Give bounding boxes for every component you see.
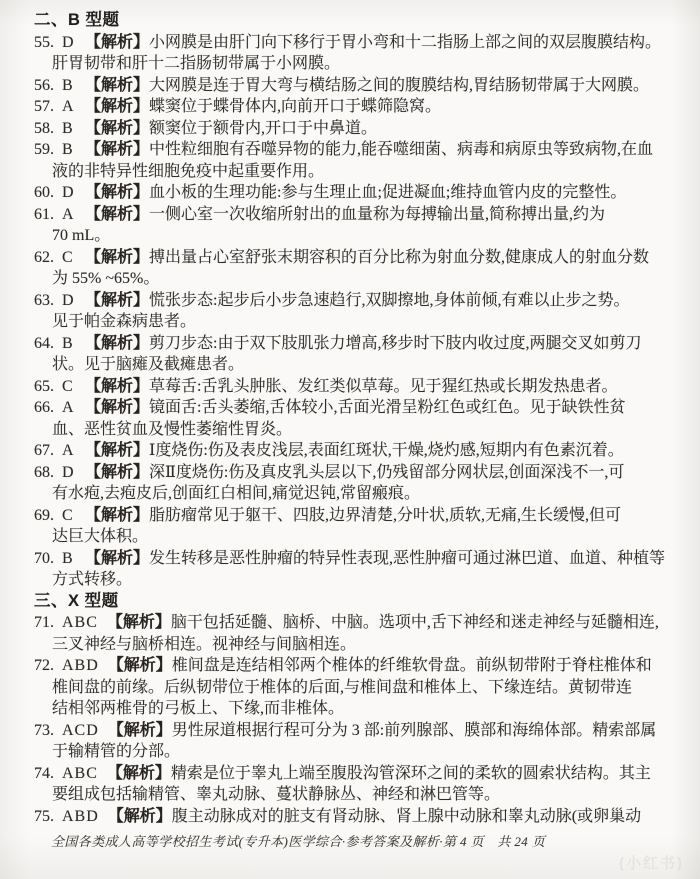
answer-letter: A <box>62 96 76 118</box>
analysis-text: 草莓舌:舌乳头肿胀、发红类似草莓。见于猩红热或长期发热患者。 <box>149 378 617 395</box>
item-first-line: 63.D【解析】慌张步态:起步后小步急速趋行,双脚擦地,身体前倾,有难以止步之势… <box>34 290 668 312</box>
analysis-label: 【解析】 <box>108 808 172 825</box>
question-number: 64. <box>34 333 62 355</box>
item-first-line: 61.A【解析】一侧心室一次收缩所射出的血量称为每搏输出量,简称搏出量,约为 <box>34 204 668 226</box>
analysis-label: 【解析】 <box>85 141 149 158</box>
analysis-text: 慌张步态:起步后小步急速趋行,双脚擦地,身体前倾,有难以止步之势。 <box>149 292 629 309</box>
item-first-line: 59.B【解析】中性粒细胞有吞噬异物的能力,能吞噬细菌、病毒和病原虫等致病物,在… <box>34 139 668 161</box>
answer-item: 56.B【解析】大网膜是连于胃大弯与横结肠之间的腹膜结构,胃结肠韧带属于大网膜。 <box>34 75 668 97</box>
item-continuation-line: 结相邻两椎骨的弓板上、下缘,而非椎体。 <box>34 698 668 720</box>
analysis-text: 血小板的生理功能:参与生理止血;促进凝血;维持血管内皮的完整性。 <box>149 184 626 201</box>
analysis-label: 【解析】 <box>85 335 149 352</box>
answer-item: 61.A【解析】一侧心室一次收缩所射出的血量称为每搏输出量,简称搏出量,约为70… <box>34 204 668 247</box>
section-b-heading: 二、B 型题 <box>34 10 668 32</box>
answer-letter: B <box>62 118 76 140</box>
answer-letter: C <box>62 247 76 269</box>
analysis-text: 额窦位于额骨内,开口于中鼻道。 <box>149 120 377 137</box>
scanned-answer-key-page: 二、B 型题 55.D【解析】小网膜是由肝门向下移行于胃小弯和十二指肠上部之间的… <box>0 0 700 879</box>
answer-letter: A <box>62 204 76 226</box>
analysis-label: 【解析】 <box>85 442 149 459</box>
analysis-label: 【解析】 <box>85 292 149 309</box>
item-first-line: 65.C【解析】草莓舌:舌乳头肿胀、发红类似草莓。见于猩红热或长期发热患者。 <box>34 376 668 398</box>
answer-item: 72.ABD【解析】椎间盘是连结相邻两个椎体的纤维软骨盘。前纵韧带附于脊柱椎体和… <box>34 655 668 720</box>
analysis-text: 脑干包括延髓、脑桥、中脑。选项中,舌下神经和迷走神经与延髓相连, <box>171 614 659 631</box>
question-number: 75. <box>34 806 62 828</box>
analysis-text: Ⅰ度烧伤:伤及表皮浅层,表面红斑状,干燥,烧灼感,短期内有色素沉着。 <box>149 442 624 459</box>
question-number: 60. <box>34 182 62 204</box>
question-number: 66. <box>34 397 62 419</box>
analysis-text: 精索是位于睾丸上端至腹股沟管深环之间的柔软的圆索状结构。其主 <box>171 765 651 782</box>
item-continuation-line: 有水疱,去疱皮后,创面红白相间,痛觉迟钝,常留瘢痕。 <box>34 483 668 505</box>
analysis-text: 男性尿道根据行程可分为 3 部:前列腺部、膜部和海绵体部。精索部属 <box>172 722 656 739</box>
item-first-line: 75.ABD【解析】腹主动脉成对的脏支有肾动脉、肾上腺中动脉和睾丸动脉(或卵巢动 <box>34 806 668 828</box>
item-continuation-line: 达巨大体积。 <box>34 526 668 548</box>
question-number: 58. <box>34 118 62 140</box>
question-number: 61. <box>34 204 62 226</box>
section-x-items: 71.ABC【解析】脑干包括延髓、脑桥、中脑。选项中,舌下神经和迷走神经与延髓相… <box>34 612 668 827</box>
analysis-label: 【解析】 <box>108 722 172 739</box>
item-first-line: 62.C【解析】搏出量占心室舒张末期容积的百分比称为射血分数,健康成人的射血分数 <box>34 247 668 269</box>
answer-item: 64.B【解析】剪刀步态:由于双下肢肌张力增高,移步时下肢内收过度,两腿交叉如剪… <box>34 333 668 376</box>
answer-letter: A <box>62 440 76 462</box>
analysis-text: 蝶窦位于蝶骨体内,向前开口于蝶筛隐窝。 <box>149 98 441 115</box>
item-continuation-line: 方式转移。 <box>34 569 668 591</box>
analysis-text: 小网膜是由肝门向下移行于胃小弯和十二指肠上部之间的双层腹膜结构。 <box>149 34 661 51</box>
item-first-line: 57.A【解析】蝶窦位于蝶骨体内,向前开口于蝶筛隐窝。 <box>34 96 668 118</box>
analysis-text: 深Ⅱ度烧伤:伤及真皮乳头层以下,仍残留部分网状层,创面深浅不一,可 <box>149 464 624 481</box>
watermark-text: (小红书) <box>619 852 684 873</box>
answer-letter: D <box>62 32 76 54</box>
item-continuation-line: 肝胃韧带和肝十二指肠韧带属于小网膜。 <box>34 53 668 75</box>
answer-item: 55.D【解析】小网膜是由肝门向下移行于胃小弯和十二指肠上部之间的双层腹膜结构。… <box>34 32 668 75</box>
answer-letter: C <box>62 505 76 527</box>
analysis-label: 【解析】 <box>85 507 149 524</box>
section-b-items: 55.D【解析】小网膜是由肝门向下移行于胃小弯和十二指肠上部之间的双层腹膜结构。… <box>34 32 668 591</box>
analysis-text: 发生转移是恶性肿瘤的特异性表现,恶性肿瘤可通过淋巴道、血道、种植等 <box>149 550 665 567</box>
section-x-heading: 三、X 型题 <box>34 591 668 613</box>
question-number: 67. <box>34 440 62 462</box>
item-continuation-line: 见于帕金森病患者。 <box>34 311 668 333</box>
item-first-line: 56.B【解析】大网膜是连于胃大弯与横结肠之间的腹膜结构,胃结肠韧带属于大网膜。 <box>34 75 668 97</box>
item-first-line: 55.D【解析】小网膜是由肝门向下移行于胃小弯和十二指肠上部之间的双层腹膜结构。 <box>34 32 668 54</box>
analysis-label: 【解析】 <box>85 120 149 137</box>
analysis-text: 搏出量占心室舒张末期容积的百分比称为射血分数,健康成人的射血分数 <box>149 249 649 266</box>
analysis-text: 大网膜是连于胃大弯与横结肠之间的腹膜结构,胃结肠韧带属于大网膜。 <box>149 77 649 94</box>
question-number: 73. <box>34 720 62 742</box>
answer-letter: ACD <box>62 720 99 742</box>
analysis-label: 【解析】 <box>85 206 149 223</box>
answer-item: 68.D【解析】深Ⅱ度烧伤:伤及真皮乳头层以下,仍残留部分网状层,创面深浅不一,… <box>34 462 668 505</box>
question-number: 63. <box>34 290 62 312</box>
answer-letter: ABC <box>62 763 98 785</box>
analysis-text: 剪刀步态:由于双下肢肌张力增高,移步时下肢内收过度,两腿交叉如剪刀 <box>149 335 641 352</box>
answer-letter: ABD <box>62 655 99 677</box>
analysis-label: 【解析】 <box>85 184 149 201</box>
answer-letter: A <box>62 397 76 419</box>
analysis-label: 【解析】 <box>85 77 149 94</box>
answer-item: 57.A【解析】蝶窦位于蝶骨体内,向前开口于蝶筛隐窝。 <box>34 96 668 118</box>
analysis-text: 中性粒细胞有吞噬异物的能力,能吞噬细菌、病毒和病原虫等致病物,在血 <box>149 141 653 158</box>
analysis-text: 椎间盘是连结相邻两个椎体的纤维软骨盘。前纵韧带附于脊柱椎体和 <box>172 657 652 674</box>
question-number: 68. <box>34 462 62 484</box>
answer-item: 67.A【解析】Ⅰ度烧伤:伤及表皮浅层,表面红斑状,干燥,烧灼感,短期内有色素沉… <box>34 440 668 462</box>
analysis-label: 【解析】 <box>85 249 149 266</box>
answer-letter: ABD <box>62 806 99 828</box>
item-first-line: 72.ABD【解析】椎间盘是连结相邻两个椎体的纤维软骨盘。前纵韧带附于脊柱椎体和 <box>34 655 668 677</box>
question-number: 57. <box>34 96 62 118</box>
analysis-label: 【解析】 <box>85 378 149 395</box>
question-number: 62. <box>34 247 62 269</box>
item-first-line: 71.ABC【解析】脑干包括延髓、脑桥、中脑。选项中,舌下神经和迷走神经与延髓相… <box>34 612 668 634</box>
answer-item: 69.C【解析】脂肪瘤常见于躯干、四肢,边界清楚,分叶状,质软,无痛,生长缓慢,… <box>34 505 668 548</box>
item-continuation-line: 血、恶性贫血及慢性萎缩性胃炎。 <box>34 419 668 441</box>
item-first-line: 66.A【解析】镜面舌:舌头萎缩,舌体较小,舌面光滑呈粉红色或红色。见于缺铁性贫 <box>34 397 668 419</box>
item-first-line: 68.D【解析】深Ⅱ度烧伤:伤及真皮乳头层以下,仍残留部分网状层,创面深浅不一,… <box>34 462 668 484</box>
analysis-label: 【解析】 <box>107 614 171 631</box>
page-footer: 全国各类成人高等学校招生考试(专升本)医学综合·参考答案及解析·第 4 页 共 … <box>51 831 545 850</box>
item-continuation-line: 液的非特异性细胞免疫中起重要作用。 <box>34 161 668 183</box>
item-continuation-line: 为 55% ~65%。 <box>34 268 668 290</box>
item-continuation-line: 椎间盘的前缘。后纵韧带位于椎体的后面,与椎间盘和椎体上、下缘连结。黄韧带连 <box>34 677 668 699</box>
analysis-label: 【解析】 <box>85 98 149 115</box>
answer-item: 62.C【解析】搏出量占心室舒张末期容积的百分比称为射血分数,健康成人的射血分数… <box>34 247 668 290</box>
answer-letter: B <box>62 333 76 355</box>
analysis-label: 【解析】 <box>85 464 149 481</box>
answer-letter: B <box>62 75 76 97</box>
answer-item: 59.B【解析】中性粒细胞有吞噬异物的能力,能吞噬细菌、病毒和病原虫等致病物,在… <box>34 139 668 182</box>
question-number: 74. <box>34 763 62 785</box>
item-first-line: 60.D【解析】血小板的生理功能:参与生理止血;促进凝血;维持血管内皮的完整性。 <box>34 182 668 204</box>
analysis-label: 【解析】 <box>108 657 172 674</box>
answer-letter: ABC <box>62 612 98 634</box>
answer-item: 66.A【解析】镜面舌:舌头萎缩,舌体较小,舌面光滑呈粉红色或红色。见于缺铁性贫… <box>34 397 668 440</box>
item-continuation-line: 状。见于脑瘫及截瘫患者。 <box>34 354 668 376</box>
item-first-line: 69.C【解析】脂肪瘤常见于躯干、四肢,边界清楚,分叶状,质软,无痛,生长缓慢,… <box>34 505 668 527</box>
analysis-text: 镜面舌:舌头萎缩,舌体较小,舌面光滑呈粉红色或红色。见于缺铁性贫 <box>149 399 625 416</box>
answer-item: 74.ABC【解析】精索是位于睾丸上端至腹股沟管深环之间的柔软的圆索状结构。其主… <box>34 763 668 806</box>
question-number: 69. <box>34 505 62 527</box>
item-continuation-line: 70 mL。 <box>34 225 668 247</box>
answer-item: 71.ABC【解析】脑干包括延髓、脑桥、中脑。选项中,舌下神经和迷走神经与延髓相… <box>34 612 668 655</box>
item-first-line: 64.B【解析】剪刀步态:由于双下肢肌张力增高,移步时下肢内收过度,两腿交叉如剪… <box>34 333 668 355</box>
question-number: 70. <box>34 548 62 570</box>
analysis-text: 腹主动脉成对的脏支有肾动脉、肾上腺中动脉和睾丸动脉(或卵巢动 <box>172 808 641 825</box>
answer-item: 73.ACD【解析】男性尿道根据行程可分为 3 部:前列腺部、膜部和海绵体部。精… <box>34 720 668 763</box>
answer-item: 65.C【解析】草莓舌:舌乳头肿胀、发红类似草莓。见于猩红热或长期发热患者。 <box>34 376 668 398</box>
analysis-label: 【解析】 <box>85 34 149 51</box>
item-first-line: 74.ABC【解析】精索是位于睾丸上端至腹股沟管深环之间的柔软的圆索状结构。其主 <box>34 763 668 785</box>
item-first-line: 73.ACD【解析】男性尿道根据行程可分为 3 部:前列腺部、膜部和海绵体部。精… <box>34 720 668 742</box>
item-continuation-line: 于输精管的分部。 <box>34 741 668 763</box>
answer-letter: C <box>62 376 76 398</box>
question-number: 56. <box>34 75 62 97</box>
item-continuation-line: 要组成包括输精管、睾丸动脉、蔓状静脉丛、神经和淋巴管等。 <box>34 784 668 806</box>
answer-item: 63.D【解析】慌张步态:起步后小步急速趋行,双脚擦地,身体前倾,有难以止步之势… <box>34 290 668 333</box>
answer-letter: D <box>62 182 76 204</box>
analysis-label: 【解析】 <box>85 550 149 567</box>
question-number: 55. <box>34 32 62 54</box>
answer-item: 58.B【解析】额窦位于额骨内,开口于中鼻道。 <box>34 118 668 140</box>
answer-letter: D <box>62 290 76 312</box>
answer-item: 75.ABD【解析】腹主动脉成对的脏支有肾动脉、肾上腺中动脉和睾丸动脉(或卵巢动 <box>34 806 668 828</box>
analysis-label: 【解析】 <box>85 399 149 416</box>
answer-letter: B <box>62 548 76 570</box>
answer-sheet-content: 二、B 型题 55.D【解析】小网膜是由肝门向下移行于胃小弯和十二指肠上部之间的… <box>34 10 668 827</box>
question-number: 59. <box>34 139 62 161</box>
question-number: 71. <box>34 612 62 634</box>
answer-item: 70.B【解析】发生转移是恶性肿瘤的特异性表现,恶性肿瘤可通过淋巴道、血道、种植… <box>34 548 668 591</box>
answer-letter: D <box>62 462 76 484</box>
analysis-text: 脂肪瘤常见于躯干、四肢,边界清楚,分叶状,质软,无痛,生长缓慢,但可 <box>149 507 621 524</box>
item-first-line: 70.B【解析】发生转移是恶性肿瘤的特异性表现,恶性肿瘤可通过淋巴道、血道、种植… <box>34 548 668 570</box>
question-number: 65. <box>34 376 62 398</box>
answer-letter: B <box>62 139 76 161</box>
item-first-line: 67.A【解析】Ⅰ度烧伤:伤及表皮浅层,表面红斑状,干燥,烧灼感,短期内有色素沉… <box>34 440 668 462</box>
question-number: 72. <box>34 655 62 677</box>
analysis-label: 【解析】 <box>107 765 171 782</box>
analysis-text: 一侧心室一次收缩所射出的血量称为每搏输出量,简称搏出量,约为 <box>149 206 605 223</box>
answer-item: 60.D【解析】血小板的生理功能:参与生理止血;促进凝血;维持血管内皮的完整性。 <box>34 182 668 204</box>
item-first-line: 58.B【解析】额窦位于额骨内,开口于中鼻道。 <box>34 118 668 140</box>
item-continuation-line: 三叉神经与脑桥相连。视神经与间脑相连。 <box>34 634 668 656</box>
